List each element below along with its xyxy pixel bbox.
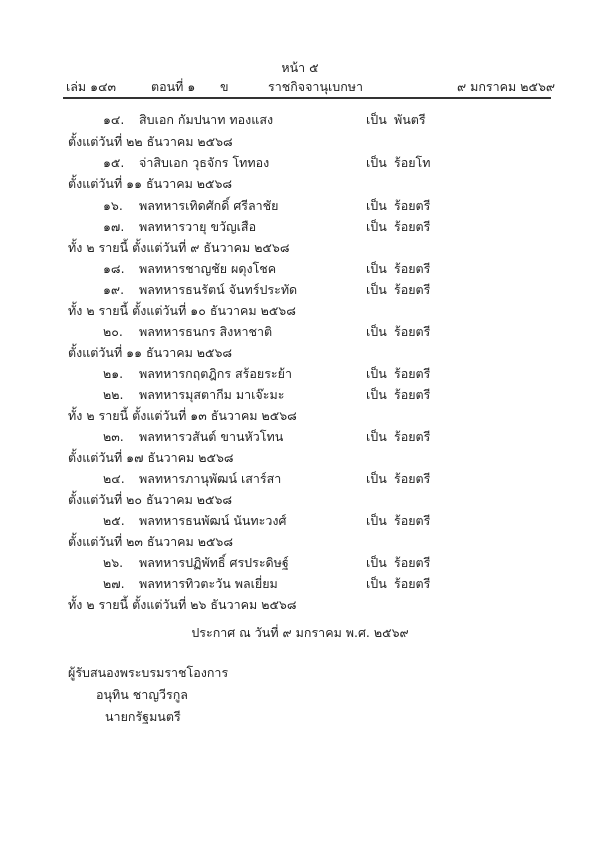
- page-number: หน้า ๕: [0, 58, 600, 78]
- header-rule: [63, 97, 551, 99]
- effective-date: ทั้ง ๒ รายนี้ ตั้งแต่วันที่ ๑๓ ธันวาคม ๒…: [68, 406, 297, 426]
- rank-label: ร้อยตรี: [394, 217, 430, 237]
- rank-label: ร้อยตรี: [394, 427, 430, 447]
- person-name: สิบเอก กัมปนาท ทองแสง: [139, 110, 273, 130]
- entry-number: ๒๖.: [103, 553, 123, 573]
- gazette-title: ราชกิจจานุเบกษา: [268, 77, 363, 97]
- rank-label: ร้อยตรี: [394, 322, 430, 342]
- countersign-label: ผู้รับสนองพระบรมราชโองการ: [68, 663, 228, 683]
- appointment-entry: ๒๐.พลทหารธนกร สิงหาชาติเป็นร้อยตรี: [0, 322, 600, 340]
- effective-date: ตั้งแต่วันที่ ๒๐ ธันวาคม ๒๕๖๘: [68, 490, 232, 510]
- verb-label: เป็น: [366, 110, 387, 130]
- verb-label: เป็น: [366, 511, 387, 531]
- signatory-position: นายกรัฐมนตรี: [105, 707, 181, 727]
- person-name: พลทหารธนกร สิงหาชาติ: [139, 322, 272, 342]
- rank-label: ร้อยตรี: [394, 259, 430, 279]
- appointment-entry: ๑๕.จ่าสิบเอก วุธจักร โททองเป็นร้อยโท: [0, 153, 600, 171]
- effective-date: ทั้ง ๒ รายนี้ ตั้งแต่วันที่ ๒๖ ธันวาคม ๒…: [68, 595, 297, 615]
- person-name: พลทหารธนพัฒน์ นันทะวงศ์: [139, 511, 286, 531]
- signatory-name: อนุทิน ชาญวีรกูล: [96, 685, 188, 705]
- entry-number: ๑๕.: [103, 153, 124, 173]
- person-name: พลทหารธนรัตน์ จันทร์ประทัด: [139, 280, 297, 300]
- rank-label: ร้อยตรี: [394, 280, 430, 300]
- effective-date: ตั้งแต่วันที่ ๑๗ ธันวาคม ๒๕๖๘: [68, 448, 234, 468]
- appointment-entry: ๑๘.พลทหารชาญชัย ผดุงโชคเป็นร้อยตรี: [0, 259, 600, 277]
- entry-number: ๑๘.: [103, 259, 125, 279]
- entry-number: ๑๔.: [103, 110, 124, 130]
- entry-number: ๑๖.: [103, 196, 123, 216]
- volume-label: เล่ม ๑๔๓: [66, 77, 116, 97]
- verb-label: เป็น: [366, 259, 387, 279]
- verb-label: เป็น: [366, 385, 387, 405]
- announcement-date: ประกาศ ณ วันที่ ๙ มกราคม พ.ศ. ๒๕๖๙: [0, 623, 600, 643]
- section-label: ข: [220, 77, 229, 97]
- appointment-entry: ๑๔.สิบเอก กัมปนาท ทองแสงเป็นพันตรี: [0, 110, 600, 128]
- gazette-header: เล่ม ๑๔๓ ตอนที่ ๑ ข ราชกิจจานุเบกษา ๙ มก…: [66, 77, 556, 95]
- verb-label: เป็น: [366, 427, 387, 447]
- entry-number: ๒๒.: [103, 385, 123, 405]
- effective-date: ทั้ง ๒ รายนี้ ตั้งแต่วันที่ ๑๐ ธันวาคม ๒…: [68, 301, 296, 321]
- person-name: พลทหารวายุ ขวัญเสือ: [139, 217, 256, 237]
- verb-label: เป็น: [366, 574, 387, 594]
- effective-date: ตั้งแต่วันที่ ๒๒ ธันวาคม ๒๕๖๘: [68, 132, 233, 152]
- rank-label: ร้อยตรี: [394, 196, 430, 216]
- person-name: จ่าสิบเอก วุธจักร โททอง: [139, 153, 269, 173]
- rank-label: ร้อยตรี: [394, 364, 430, 384]
- person-name: พลทหารชาญชัย ผดุงโชค: [139, 259, 276, 279]
- appointment-entry: ๒๔.พลทหารภานุพัฒน์ เสาร์สาเป็นร้อยตรี: [0, 469, 600, 487]
- verb-label: เป็น: [366, 196, 387, 216]
- appointment-entry: ๑๗.พลทหารวายุ ขวัญเสือเป็นร้อยตรี: [0, 217, 600, 235]
- appointment-entry: ๒๕.พลทหารธนพัฒน์ นันทะวงศ์เป็นร้อยตรี: [0, 511, 600, 529]
- verb-label: เป็น: [366, 322, 387, 342]
- appointment-entry: ๑๖.พลทหารเทิดศักดิ์ ศรีลาชัยเป็นร้อยตรี: [0, 196, 600, 214]
- entry-number: ๑๙.: [103, 280, 124, 300]
- appointment-entry: ๒๗.พลทหารทิวตะวัน พลเยี่ยมเป็นร้อยตรี: [0, 574, 600, 592]
- verb-label: เป็น: [366, 553, 387, 573]
- issue-date: ๙ มกราคม ๒๕๖๙: [457, 77, 555, 97]
- entry-number: ๑๗.: [103, 217, 124, 237]
- entry-number: ๒๗.: [103, 574, 125, 594]
- person-name: พลทหารปฏิพัทธิ์ ศรประดิษฐ์: [139, 553, 289, 573]
- entry-number: ๒๕.: [103, 511, 125, 531]
- issue-label: ตอนที่ ๑: [151, 77, 195, 97]
- entry-number: ๒๑.: [103, 364, 123, 384]
- appointment-entry: ๒๖.พลทหารปฏิพัทธิ์ ศรประดิษฐ์เป็นร้อยตรี: [0, 553, 600, 571]
- entry-number: ๒๓.: [103, 427, 124, 447]
- appointment-entry: ๒๑.พลทหารกฤตฎิกร สร้อยระย้าเป็นร้อยตรี: [0, 364, 600, 382]
- appointment-entry: ๒๒.พลทหารมุสตากีม มาเจ๊ะมะเป็นร้อยตรี: [0, 385, 600, 403]
- effective-date: ทั้ง ๒ รายนี้ ตั้งแต่วันที่ ๙ ธันวาคม ๒๕…: [68, 238, 289, 258]
- rank-label: ร้อยโท: [394, 153, 431, 173]
- rank-label: ร้อยตรี: [394, 511, 430, 531]
- effective-date: ตั้งแต่วันที่ ๑๑ ธันวาคม ๒๕๖๘: [68, 174, 232, 194]
- person-name: พลทหารกฤตฎิกร สร้อยระย้า: [139, 364, 292, 384]
- person-name: พลทหารภานุพัฒน์ เสาร์สา: [139, 469, 281, 489]
- verb-label: เป็น: [366, 153, 387, 173]
- appointment-entry: ๑๙.พลทหารธนรัตน์ จันทร์ประทัดเป็นร้อยตรี: [0, 280, 600, 298]
- effective-date: ตั้งแต่วันที่ ๑๑ ธันวาคม ๒๕๖๘: [68, 343, 232, 363]
- verb-label: เป็น: [366, 280, 387, 300]
- verb-label: เป็น: [366, 469, 387, 489]
- rank-label: ร้อยตรี: [394, 469, 430, 489]
- person-name: พลทหารทิวตะวัน พลเยี่ยม: [139, 574, 278, 594]
- entry-number: ๒๐.: [103, 322, 123, 342]
- rank-label: พันตรี: [394, 110, 426, 130]
- rank-label: ร้อยตรี: [394, 385, 430, 405]
- rank-label: ร้อยตรี: [394, 574, 430, 594]
- person-name: พลทหารวสันต์ ขานหัวโทน: [139, 427, 283, 447]
- verb-label: เป็น: [366, 217, 387, 237]
- person-name: พลทหารเทิดศักดิ์ ศรีลาชัย: [139, 196, 278, 216]
- entry-number: ๒๔.: [103, 469, 125, 489]
- rank-label: ร้อยตรี: [394, 553, 430, 573]
- effective-date: ตั้งแต่วันที่ ๒๓ ธันวาคม ๒๕๖๘: [68, 532, 233, 552]
- person-name: พลทหารมุสตากีม มาเจ๊ะมะ: [139, 385, 284, 405]
- appointment-entry: ๒๓.พลทหารวสันต์ ขานหัวโทนเป็นร้อยตรี: [0, 427, 600, 445]
- verb-label: เป็น: [366, 364, 387, 384]
